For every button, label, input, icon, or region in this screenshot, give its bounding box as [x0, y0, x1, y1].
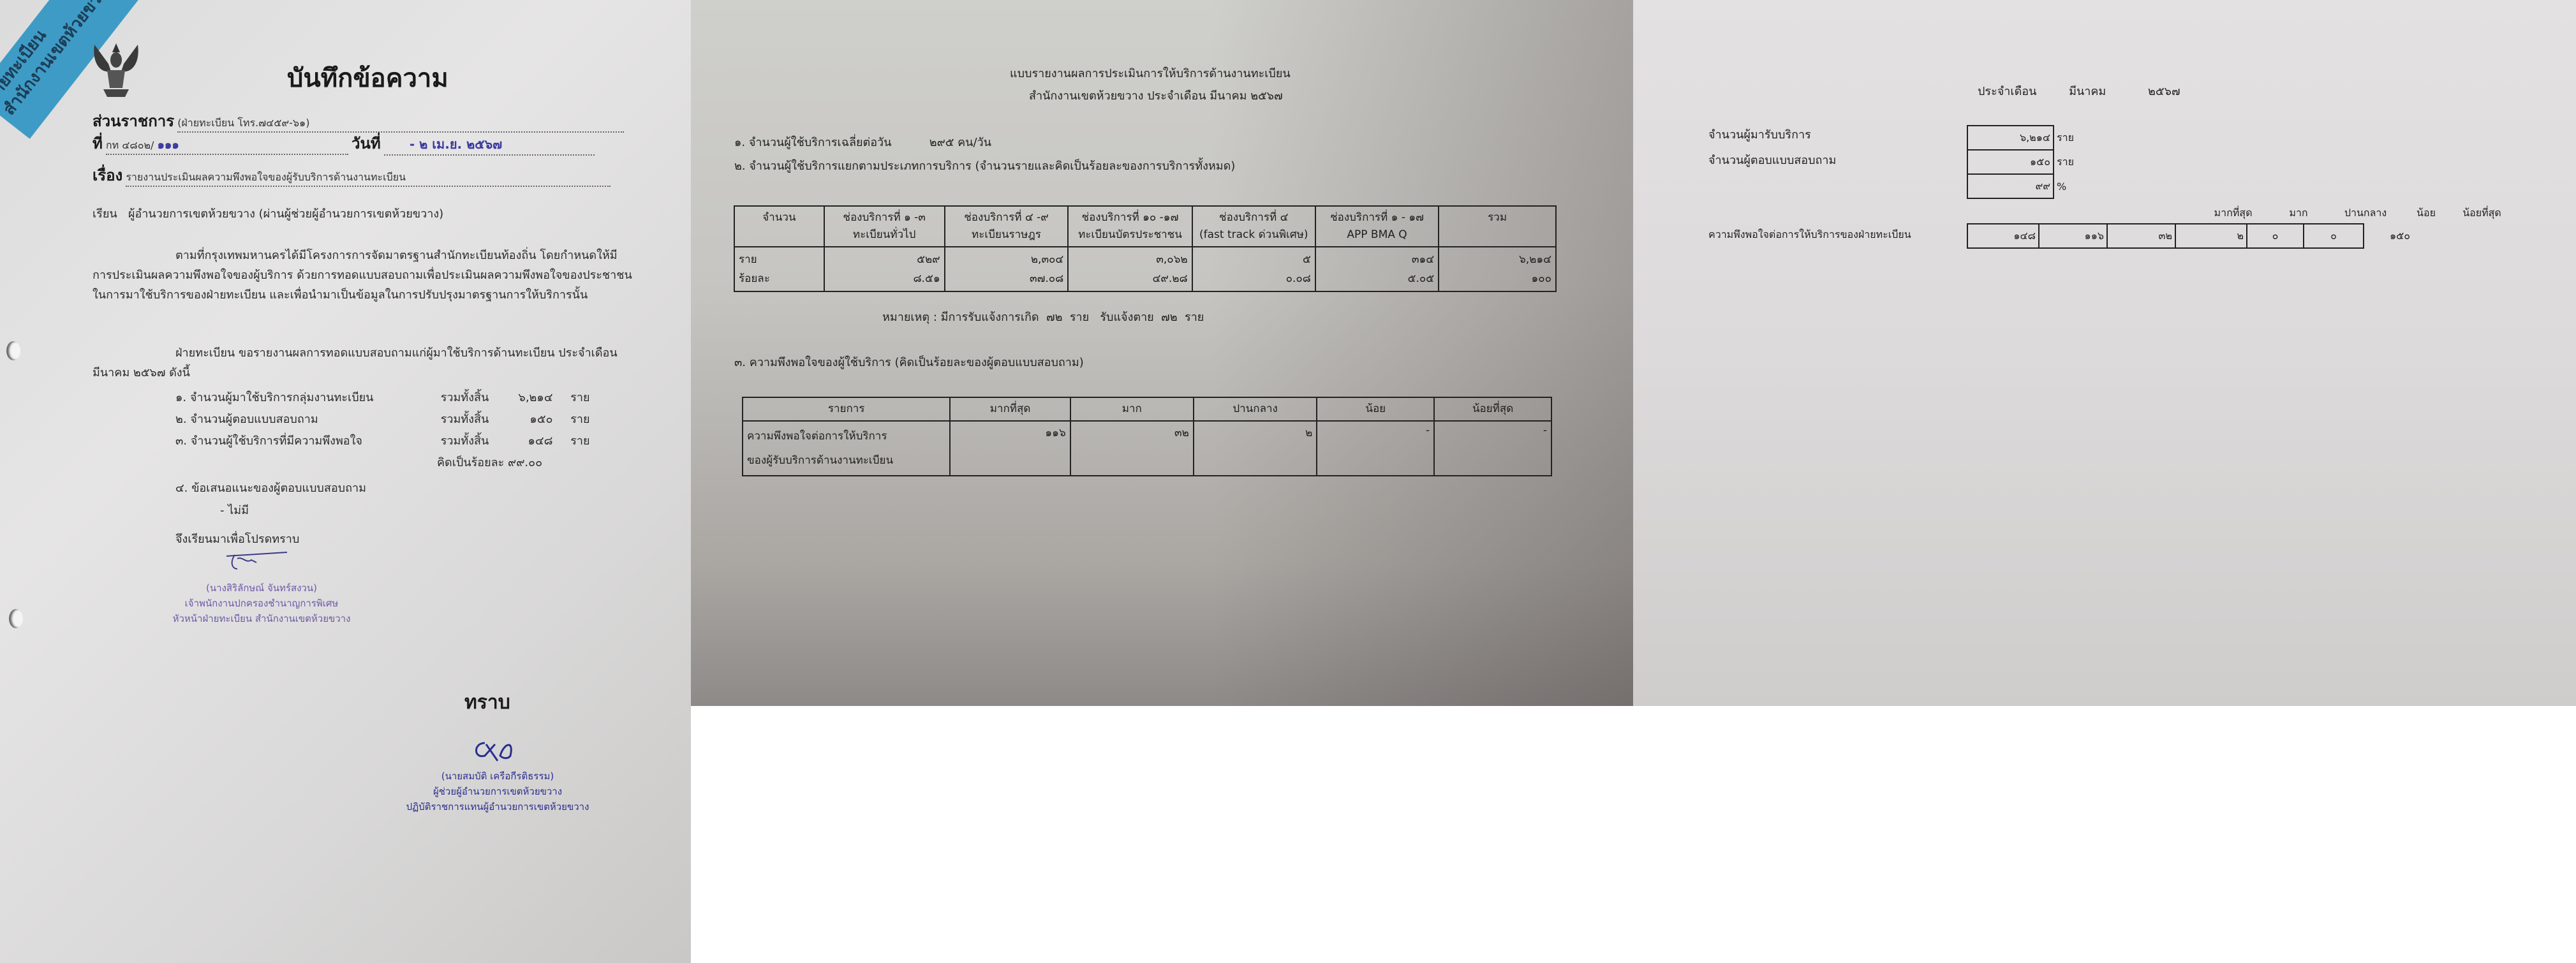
table-header: จำนวน	[734, 206, 824, 247]
punch-hole	[6, 341, 20, 360]
births-deaths-note: หมายเหตุ : มีการรับแจ้งการเกิด ๗๒ ราย รั…	[882, 307, 1204, 326]
satisfaction-table: รายการ มากที่สุด มาก ปานกลาง น้อย น้อยที…	[742, 397, 1552, 476]
summary-row: ๙๙%	[1967, 174, 2075, 198]
date-value: - ๒ เม.ย. ๒๕๖๗	[410, 136, 502, 152]
punch-hole	[9, 609, 23, 628]
memo-item-label: ๑. จำนวนผู้มาใช้บริการกลุ่มงานทะเบียน	[175, 387, 437, 409]
period-year: ๒๕๖๗	[2148, 85, 2180, 98]
rating-cell: ๑๑๖	[2039, 224, 2107, 248]
salutation: เรียน ผู้อำนวยการเขตห้วยขวาง (ผ่านผู้ช่ว…	[93, 204, 443, 223]
summary-unit: ราย	[2054, 126, 2075, 150]
summary-value: ๑๕๐	[1967, 150, 2054, 174]
table-header: รวม	[1439, 206, 1556, 247]
rating-header: น้อยที่สุด	[2452, 205, 2512, 221]
rating-header: น้อย	[2401, 205, 2452, 221]
signer-2-position: ผู้ช่วยผู้อำนวยการเขตห้วยขวาง	[396, 784, 600, 799]
rating-cell: ๐	[2304, 224, 2364, 248]
row-label: ความพึงพอใจต่อการให้บริการของผู้รับบริกา…	[743, 421, 950, 476]
service-type-heading: ๒. จำนวนผู้ใช้บริการแยกตามประเภทการบริกา…	[734, 156, 1235, 175]
table-cell: ๒	[1194, 421, 1317, 476]
table-header: ช่องบริการที่ ๑๐ -๑๗ทะเบียนบัตรประชาชน	[1068, 206, 1192, 247]
summary-value: ๖,๒๑๔	[1967, 126, 2054, 150]
summary-row-label: จำนวนผู้มารับบริการ	[1708, 125, 1811, 143]
signature-2-icon	[472, 737, 523, 765]
table-header: ปานกลาง	[1194, 397, 1317, 421]
table-cell: ๖,๒๑๔๑๐๐	[1439, 247, 1556, 291]
report-subtitle: สำนักงานเขตห้วยขวาง ประจำเดือน มีนาคม ๒๕…	[1029, 86, 1283, 105]
memo-item-unit: ราย	[570, 391, 589, 404]
memo-item-value: ๑๕๐	[501, 409, 552, 430]
table-cell: -	[1434, 421, 1551, 476]
signer-1-department: หัวหน้าฝ่ายทะเบียน สำนักงานเขตห้วยขวาง	[140, 611, 383, 626]
signer-2-name: (นายสมบัติ เครือกีรติธรรม)	[396, 768, 600, 784]
memo-item: ๒. จำนวนผู้ตอบแบบสอบถาม รวมทั้งสิ้น ๑๕๐ …	[175, 409, 590, 430]
summary-box: ๖,๒๑๔ราย ๑๕๐ราย ๙๙%	[1967, 125, 2076, 199]
paragraph-background: ตามที่กรุงเทพมหานครได้มีโครงการการจัดมาต…	[93, 246, 635, 305]
table-header: น้อย	[1317, 397, 1434, 421]
salutation-value: ผู้อำนวยการเขตห้วยขวาง (ผ่านผู้ช่วยผู้อำ…	[128, 207, 443, 221]
acknowledge-text: ทราบ	[464, 687, 510, 717]
memo-item-value: ๑๔๘	[501, 430, 552, 452]
memo-page: ฝ่ายทะเบียน สำนักงานเขตห้วยขวาง บันทึกข้…	[0, 0, 691, 963]
summary-period: ประจำเดือน มีนาคม ๒๕๖๗	[1978, 82, 2180, 100]
rating-satisfied-cell: ๑๔๘	[1967, 224, 2039, 248]
table-row: ๑๔๘ ๑๑๖ ๓๒ ๒ ๐ ๐ ๑๕๐	[1967, 224, 2411, 248]
table-header: ช่องบริการที่ ๑ -๓ทะเบียนทั่วไป	[824, 206, 945, 247]
signer-1-position: เจ้าพนักงานปกครองชำนาญการพิเศษ	[140, 596, 383, 611]
percent-line: คิดเป็นร้อยละ ๙๙.๐๐	[175, 452, 590, 474]
rating-cell: ๐	[2247, 224, 2304, 248]
table-header: ช่องบริการที่ ๔(fast track ด่วนพิเศษ)	[1192, 206, 1315, 247]
signer-2-acting-role: ปฏิบัติราชการแทนผู้อำนวยการเขตห้วยขวาง	[396, 799, 600, 814]
memo-item: ๓. จำนวนผู้ใช้บริการที่มีความพึงพอใจ รวม…	[175, 430, 590, 452]
rating-header: มากที่สุด	[2200, 205, 2267, 221]
garuda-emblem-icon	[89, 38, 144, 102]
salutation-label: เรียน	[93, 207, 117, 221]
rating-cell: ๒	[2175, 224, 2247, 248]
agency-value: (ฝ่ายทะเบียน โทร.๗๔๕๙-๖๑)	[177, 115, 624, 133]
table-row: รายร้อยละ ๕๒๙๘.๕๑ ๒,๓๐๔๓๗.๐๘ ๓,๐๖๒๔๙.๒๘ …	[734, 247, 1556, 291]
memo-title: บันทึกข้อความ	[287, 57, 448, 98]
table-cell: -	[1317, 421, 1434, 476]
reference-label: ที่	[93, 135, 103, 152]
rating-headers: มากที่สุด มาก ปานกลาง น้อย น้อยที่สุด	[2200, 205, 2512, 221]
agency-line: ส่วนราชการ (ฝ่ายทะเบียน โทร.๗๔๕๙-๖๑)	[93, 108, 628, 133]
subject-line: เรื่อง รายงานประเมินผลความพึงพอใจของผู้ร…	[93, 163, 628, 187]
table-cell: ๕๐.๐๘	[1192, 247, 1315, 291]
memo-item-unit: ราย	[570, 434, 589, 448]
signature-1-icon	[223, 550, 293, 575]
paragraph-report: ฝ่ายทะเบียน ขอรายงานผลการทอดแบบสอบถามแก่…	[93, 343, 635, 383]
satisfaction-heading: ๓. ความพึงพอใจของผู้ใช้บริการ (คิดเป็นร้…	[734, 353, 1084, 371]
reference-handwritten-number: ๑๑๑	[158, 138, 179, 152]
table-header: มากที่สุด	[950, 397, 1070, 421]
suggestion-value: - ไม่มี	[220, 501, 249, 519]
period-month: มีนาคม	[2069, 85, 2106, 98]
memo-item-label: ๓. จำนวนผู้ใช้บริการที่มีความพึงพอใจ	[175, 430, 437, 452]
table-header: น้อยที่สุด	[1434, 397, 1551, 421]
table-cell: ๓๑๔๕.๐๕	[1315, 247, 1439, 291]
table-header: ช่องบริการที่ ๑ - ๑๗APP BMA Q	[1315, 206, 1439, 247]
summary-unit: %	[2054, 174, 2075, 198]
subject-value: รายงานประเมินผลความพึงพอใจของผู้รับบริกา…	[126, 170, 611, 187]
avg-daily-value: ๒๙๕ คน/วัน	[929, 136, 991, 149]
table-row: ความพึงพอใจต่อการให้บริการของผู้รับบริกา…	[743, 421, 1551, 476]
rating-header: มาก	[2267, 205, 2330, 221]
memo-item-total-label: รวมทั้งสิ้น	[441, 430, 498, 452]
memo-items-list: ๑. จำนวนผู้มาใช้บริการกลุ่มงานทะเบียน รว…	[175, 387, 590, 474]
summary-row-label: จำนวนผู้ตอบแบบสอบถาม	[1708, 151, 1836, 169]
memo-item: ๑. จำนวนผู้มาใช้บริการกลุ่มงานทะเบียน รว…	[175, 387, 590, 409]
subject-label: เรื่อง	[93, 166, 122, 184]
summary-row: ๖,๒๑๔ราย	[1967, 126, 2075, 150]
date-label: วันที่	[352, 135, 381, 152]
closing-line: จึงเรียนมาเพื่อโปรดทราบ	[175, 529, 299, 548]
service-type-table: จำนวน ช่องบริการที่ ๑ -๓ทะเบียนทั่วไป ช่…	[734, 205, 1557, 292]
memo-item-unit: ราย	[570, 413, 589, 426]
rating-total: ๑๕๐	[2364, 224, 2411, 248]
memo-item-label: ๒. จำนวนผู้ตอบแบบสอบถาม	[175, 409, 437, 430]
summary-row: ๑๕๐ราย	[1967, 150, 2075, 174]
signer-1-name: (นางสิริลักษณ์ จันทร์สงวน)	[140, 580, 383, 596]
row-labels: รายร้อยละ	[734, 247, 824, 291]
rating-row-label: ความพึงพอใจต่อการให้บริการของฝ่ายทะเบียน	[1708, 227, 1911, 243]
summary-page: ประจำเดือน มีนาคม ๒๕๖๗ จำนวนผู้มารับบริก…	[1633, 0, 2576, 706]
memo-item-total-label: รวมทั้งสิ้น	[441, 409, 498, 430]
report-page: แบบรายงานผลการประเมินการให้บริการด้านงาน…	[691, 0, 1633, 706]
signer-1-block: (นางสิริลักษณ์ จันทร์สงวน) เจ้าพนักงานปก…	[140, 580, 383, 626]
memo-item-value: ๖,๒๑๔	[501, 387, 552, 409]
rating-table: ๑๔๘ ๑๑๖ ๓๒ ๒ ๐ ๐ ๑๕๐	[1967, 223, 2411, 249]
report-title: แบบรายงานผลการประเมินการให้บริการด้านงาน…	[1010, 64, 1291, 82]
table-header: ช่องบริการที่ ๔ -๙ทะเบียนราษฎร	[945, 206, 1069, 247]
suggestion-label: ๔. ข้อเสนอแนะของผู้ตอบแบบสอบถาม	[175, 478, 366, 497]
table-cell: ๒,๓๐๔๓๗.๐๘	[945, 247, 1069, 291]
rating-header: ปานกลาง	[2330, 205, 2401, 221]
rating-cell: ๓๒	[2107, 224, 2175, 248]
agency-label: ส่วนราชการ	[93, 112, 174, 130]
table-cell: ๕๒๙๘.๕๑	[824, 247, 945, 291]
table-header: มาก	[1070, 397, 1194, 421]
summary-unit: ราย	[2054, 150, 2075, 174]
table-header: รายการ	[743, 397, 950, 421]
reference-line: ที่ กท ๔๘๐๒/ ๑๑๑ วันที่ - ๒ เม.ย. ๒๕๖๗	[93, 131, 628, 156]
table-cell: ๓,๐๖๒๔๙.๒๘	[1068, 247, 1192, 291]
avg-daily-line: ๑. จำนวนผู้ใช้บริการเฉลี่ยต่อวัน ๒๙๕ คน/…	[734, 133, 991, 151]
summary-value: ๙๙	[1967, 174, 2054, 198]
table-cell: ๑๑๖	[950, 421, 1070, 476]
memo-item-total-label: รวมทั้งสิ้น	[441, 387, 498, 409]
table-cell: ๓๒	[1070, 421, 1194, 476]
reference-value: กท ๔๘๐๒/	[106, 139, 154, 151]
avg-daily-label: ๑. จำนวนผู้ใช้บริการเฉลี่ยต่อวัน	[734, 133, 926, 151]
period-label: ประจำเดือน	[1978, 85, 2036, 98]
signer-2-block: (นายสมบัติ เครือกีรติธรรม) ผู้ช่วยผู้อำน…	[396, 768, 600, 814]
